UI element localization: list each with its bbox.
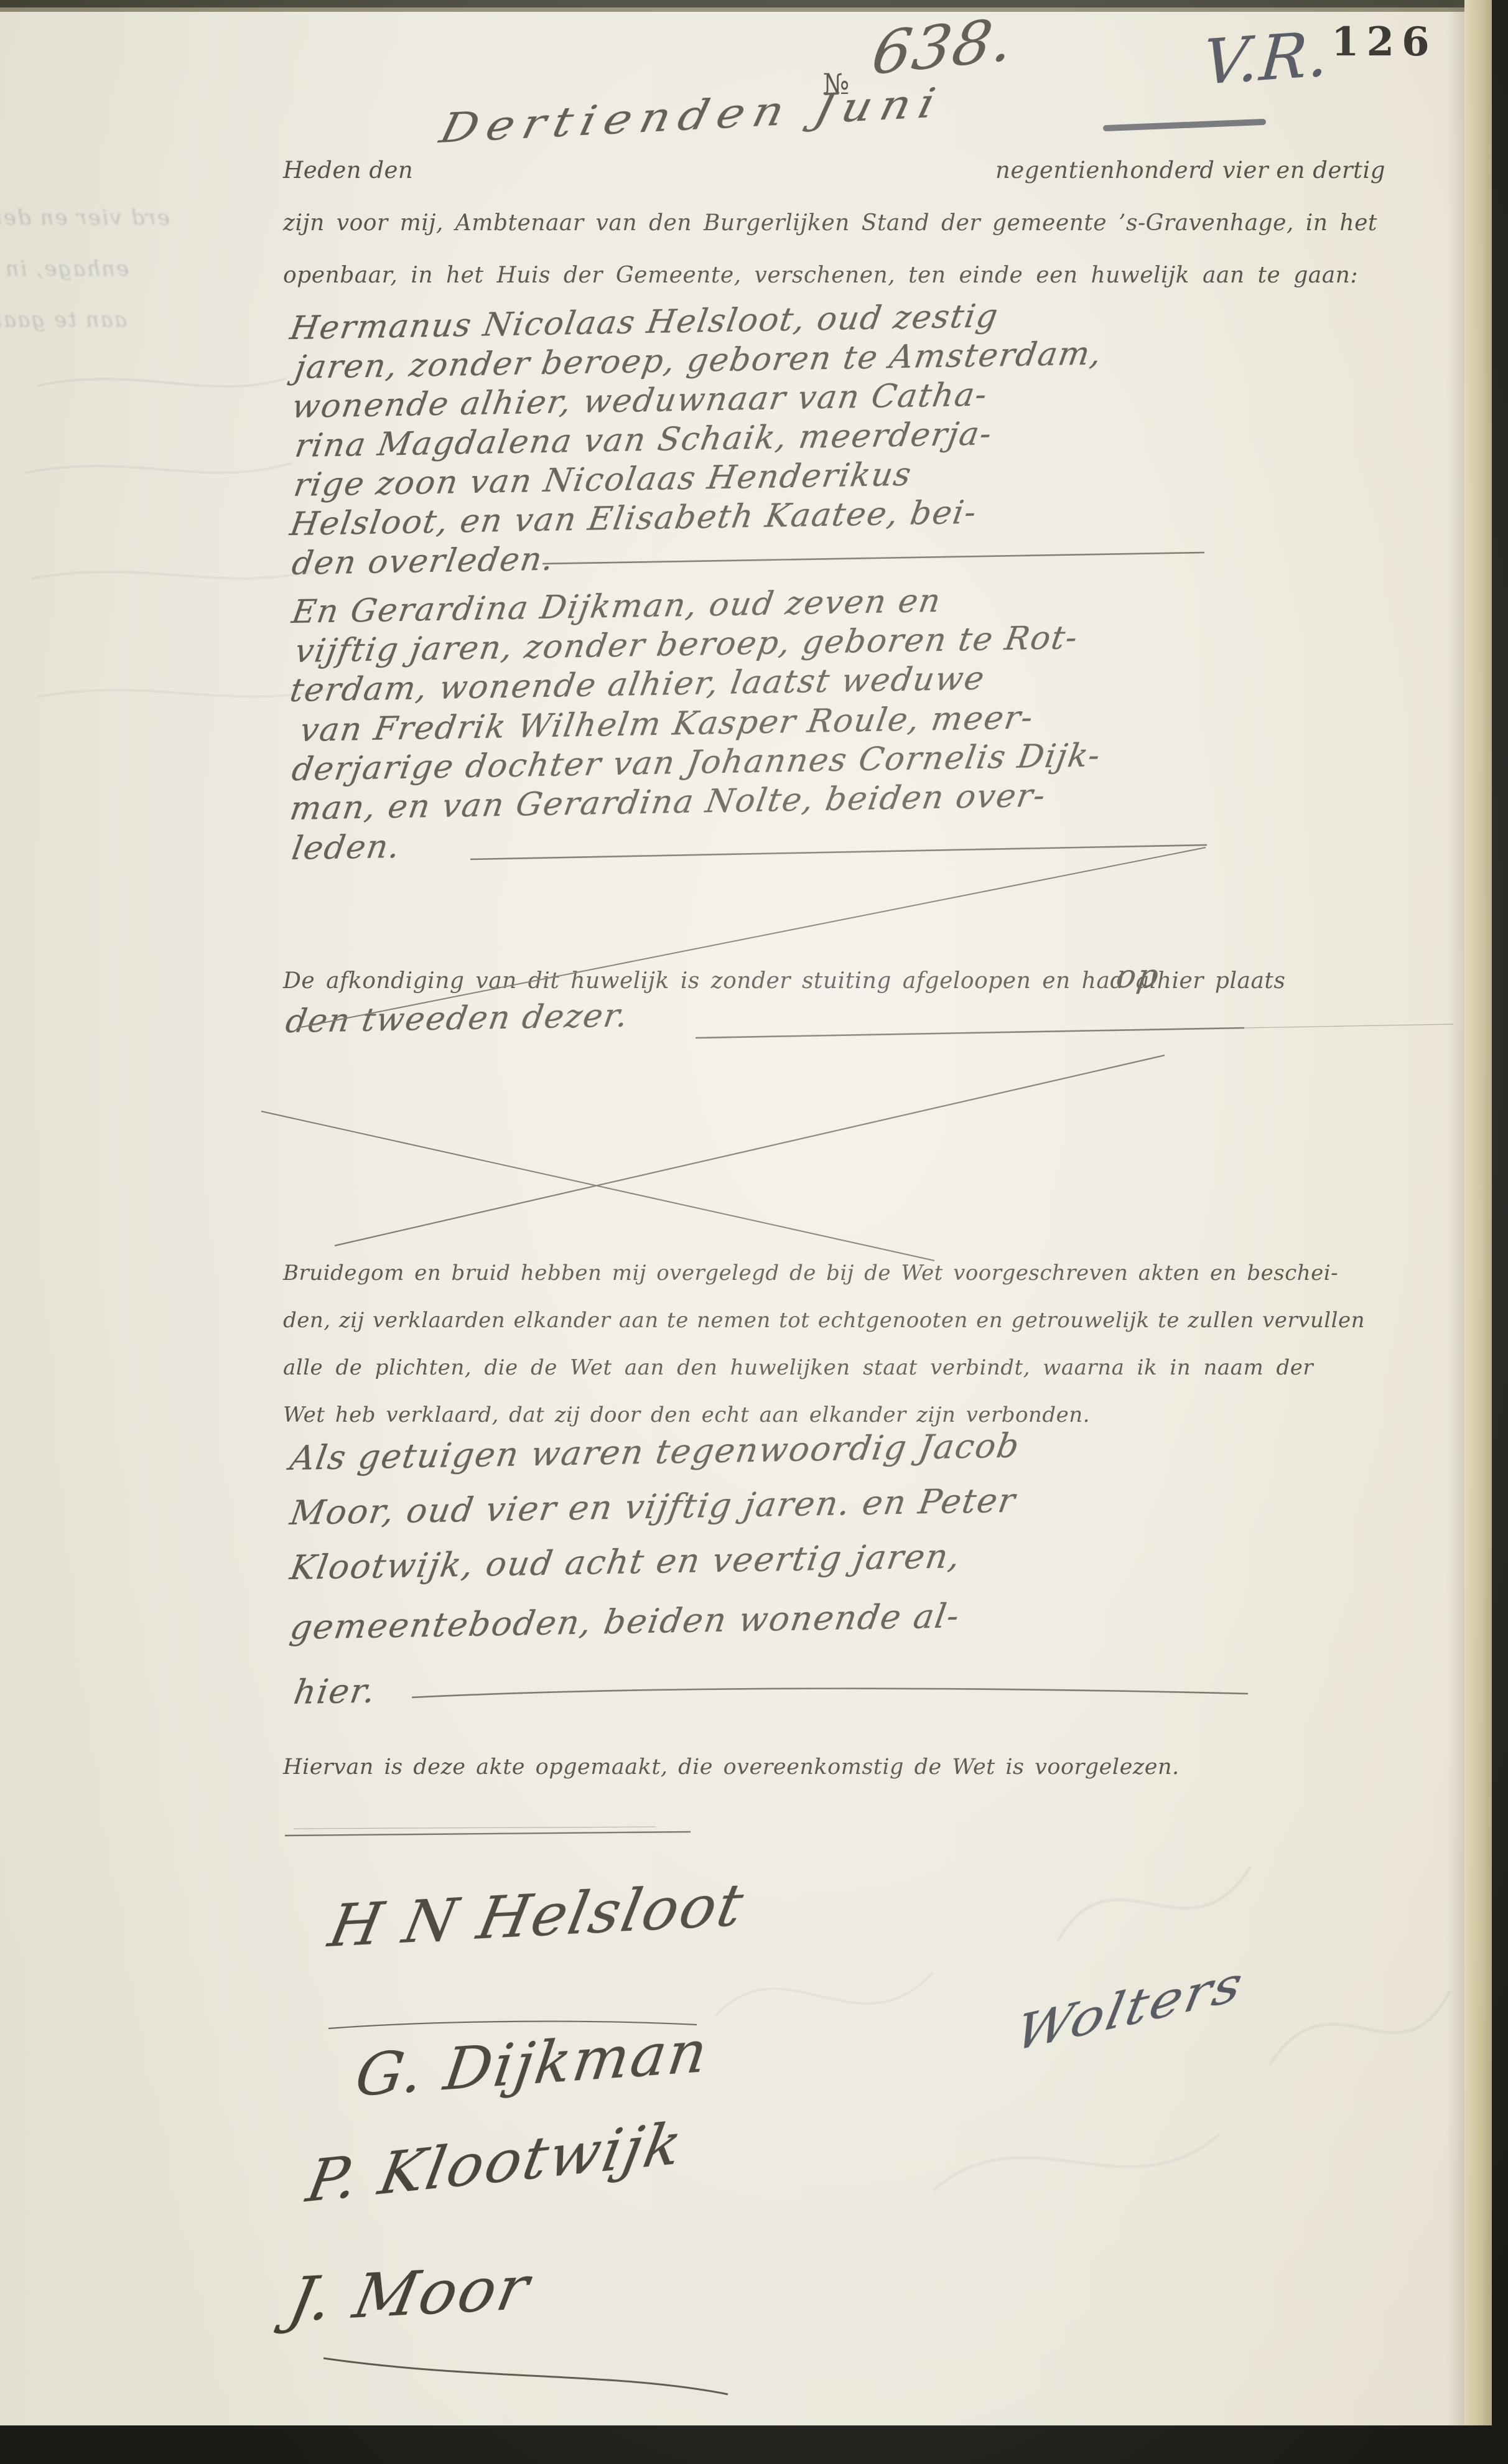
proclamation-handwritten-line: den tweeden dezer. bbox=[283, 997, 631, 1040]
bleedthrough-scribble bbox=[31, 569, 323, 579]
blank-space-strike-2 bbox=[261, 1111, 934, 1261]
intro-line1-end: negentienhonderd vier en dertig bbox=[995, 157, 1385, 184]
bleedthrough-scribble bbox=[933, 2134, 1219, 2190]
rule-above-signatures bbox=[285, 1832, 691, 1836]
rule-after-date-extension bbox=[1244, 1024, 1453, 1028]
intro-line1-start: Heden den bbox=[283, 157, 413, 184]
signature-witness2: J. Moor bbox=[283, 2252, 536, 2336]
strike-line-groom bbox=[542, 553, 1204, 564]
marriage-certificate-page: erd vier en dert enhage, in h aan te gaa… bbox=[0, 0, 1508, 2464]
rule-after-date bbox=[696, 1028, 1244, 1038]
scan-bottom-backdrop bbox=[0, 2425, 1508, 2464]
vows-line: Wet heb verklaard, dat zij door den echt… bbox=[283, 1402, 1090, 1427]
signature-groom: H N Helsloot bbox=[323, 1872, 750, 1961]
closing-line: Hiervan is deze akte opgemaakt, die over… bbox=[283, 1755, 1180, 1780]
intro-line2: zijn voor mij, Ambtenaar van den Burgerl… bbox=[283, 210, 1377, 236]
vows-line: den, zij verklaarden elkander aan te nem… bbox=[283, 1308, 1365, 1333]
signature-official: Wolters bbox=[1011, 1954, 1249, 2063]
intro-date-handwritten: Dertienden Juni bbox=[435, 78, 948, 152]
witness-line: hier. bbox=[291, 1671, 379, 1712]
vows-line: alle de plichten, die de Wet aan den huw… bbox=[283, 1355, 1313, 1380]
page-edge-shadow bbox=[1447, 0, 1464, 2427]
bleedthrough-scribble bbox=[37, 378, 286, 386]
scan-right-backdrop bbox=[1492, 0, 1508, 2464]
witness-line: Als getuigen waren tegenwoordig Jacob bbox=[287, 1426, 1023, 1478]
bleedthrough-scribble bbox=[715, 1972, 933, 2016]
bleedthrough-scribble bbox=[1058, 1867, 1250, 1941]
rule-after-witnesses bbox=[412, 1689, 1248, 1697]
signature-bride: G. Dijkman bbox=[351, 2018, 713, 2110]
book-page-edge bbox=[1464, 0, 1492, 2427]
witness-line: gemeenteboden, beiden wonende al- bbox=[287, 1596, 963, 1647]
registrar-paraph: V.R. bbox=[1201, 17, 1332, 99]
signature-witness1: P. Klootwijk bbox=[302, 2110, 689, 2216]
strike-line-bride bbox=[470, 845, 1207, 859]
witness-line: Klootwijk, oud acht en veertig jaren, bbox=[287, 1536, 964, 1587]
page-number: 126 bbox=[1331, 19, 1437, 65]
scan-top-edge bbox=[0, 0, 1508, 7]
groom-line: den overleden. bbox=[289, 541, 557, 582]
rule-above-signatures-echo bbox=[294, 1827, 656, 1829]
witness2-signature-flourish bbox=[323, 2358, 728, 2394]
paraph-underline bbox=[1106, 122, 1263, 128]
bleedthrough-text: erd vier en dert bbox=[0, 205, 170, 230]
witness-line: Moor, oud vier en vijftig jaren. en Pete… bbox=[287, 1481, 1019, 1533]
blank-space-strike-1 bbox=[335, 1055, 1165, 1246]
scan-top-edge-line bbox=[0, 7, 1508, 12]
bleedthrough-scribble bbox=[25, 463, 292, 473]
act-number-handwritten: 638. bbox=[868, 4, 1018, 88]
intro-line3: openbaar, in het Huis der Gemeente, vers… bbox=[283, 263, 1358, 288]
bleedthrough-text: aan te gaan bbox=[0, 307, 127, 332]
vows-line: Bruidegom en bruid hebben mij overgelegd… bbox=[283, 1261, 1338, 1286]
bleedthrough-text: enhage, in h bbox=[0, 256, 129, 281]
bleedthrough-scribble bbox=[1269, 1991, 1450, 2066]
bride-line: leden. bbox=[289, 828, 404, 867]
proclamation-handwritten-inline: op bbox=[1114, 958, 1162, 996]
